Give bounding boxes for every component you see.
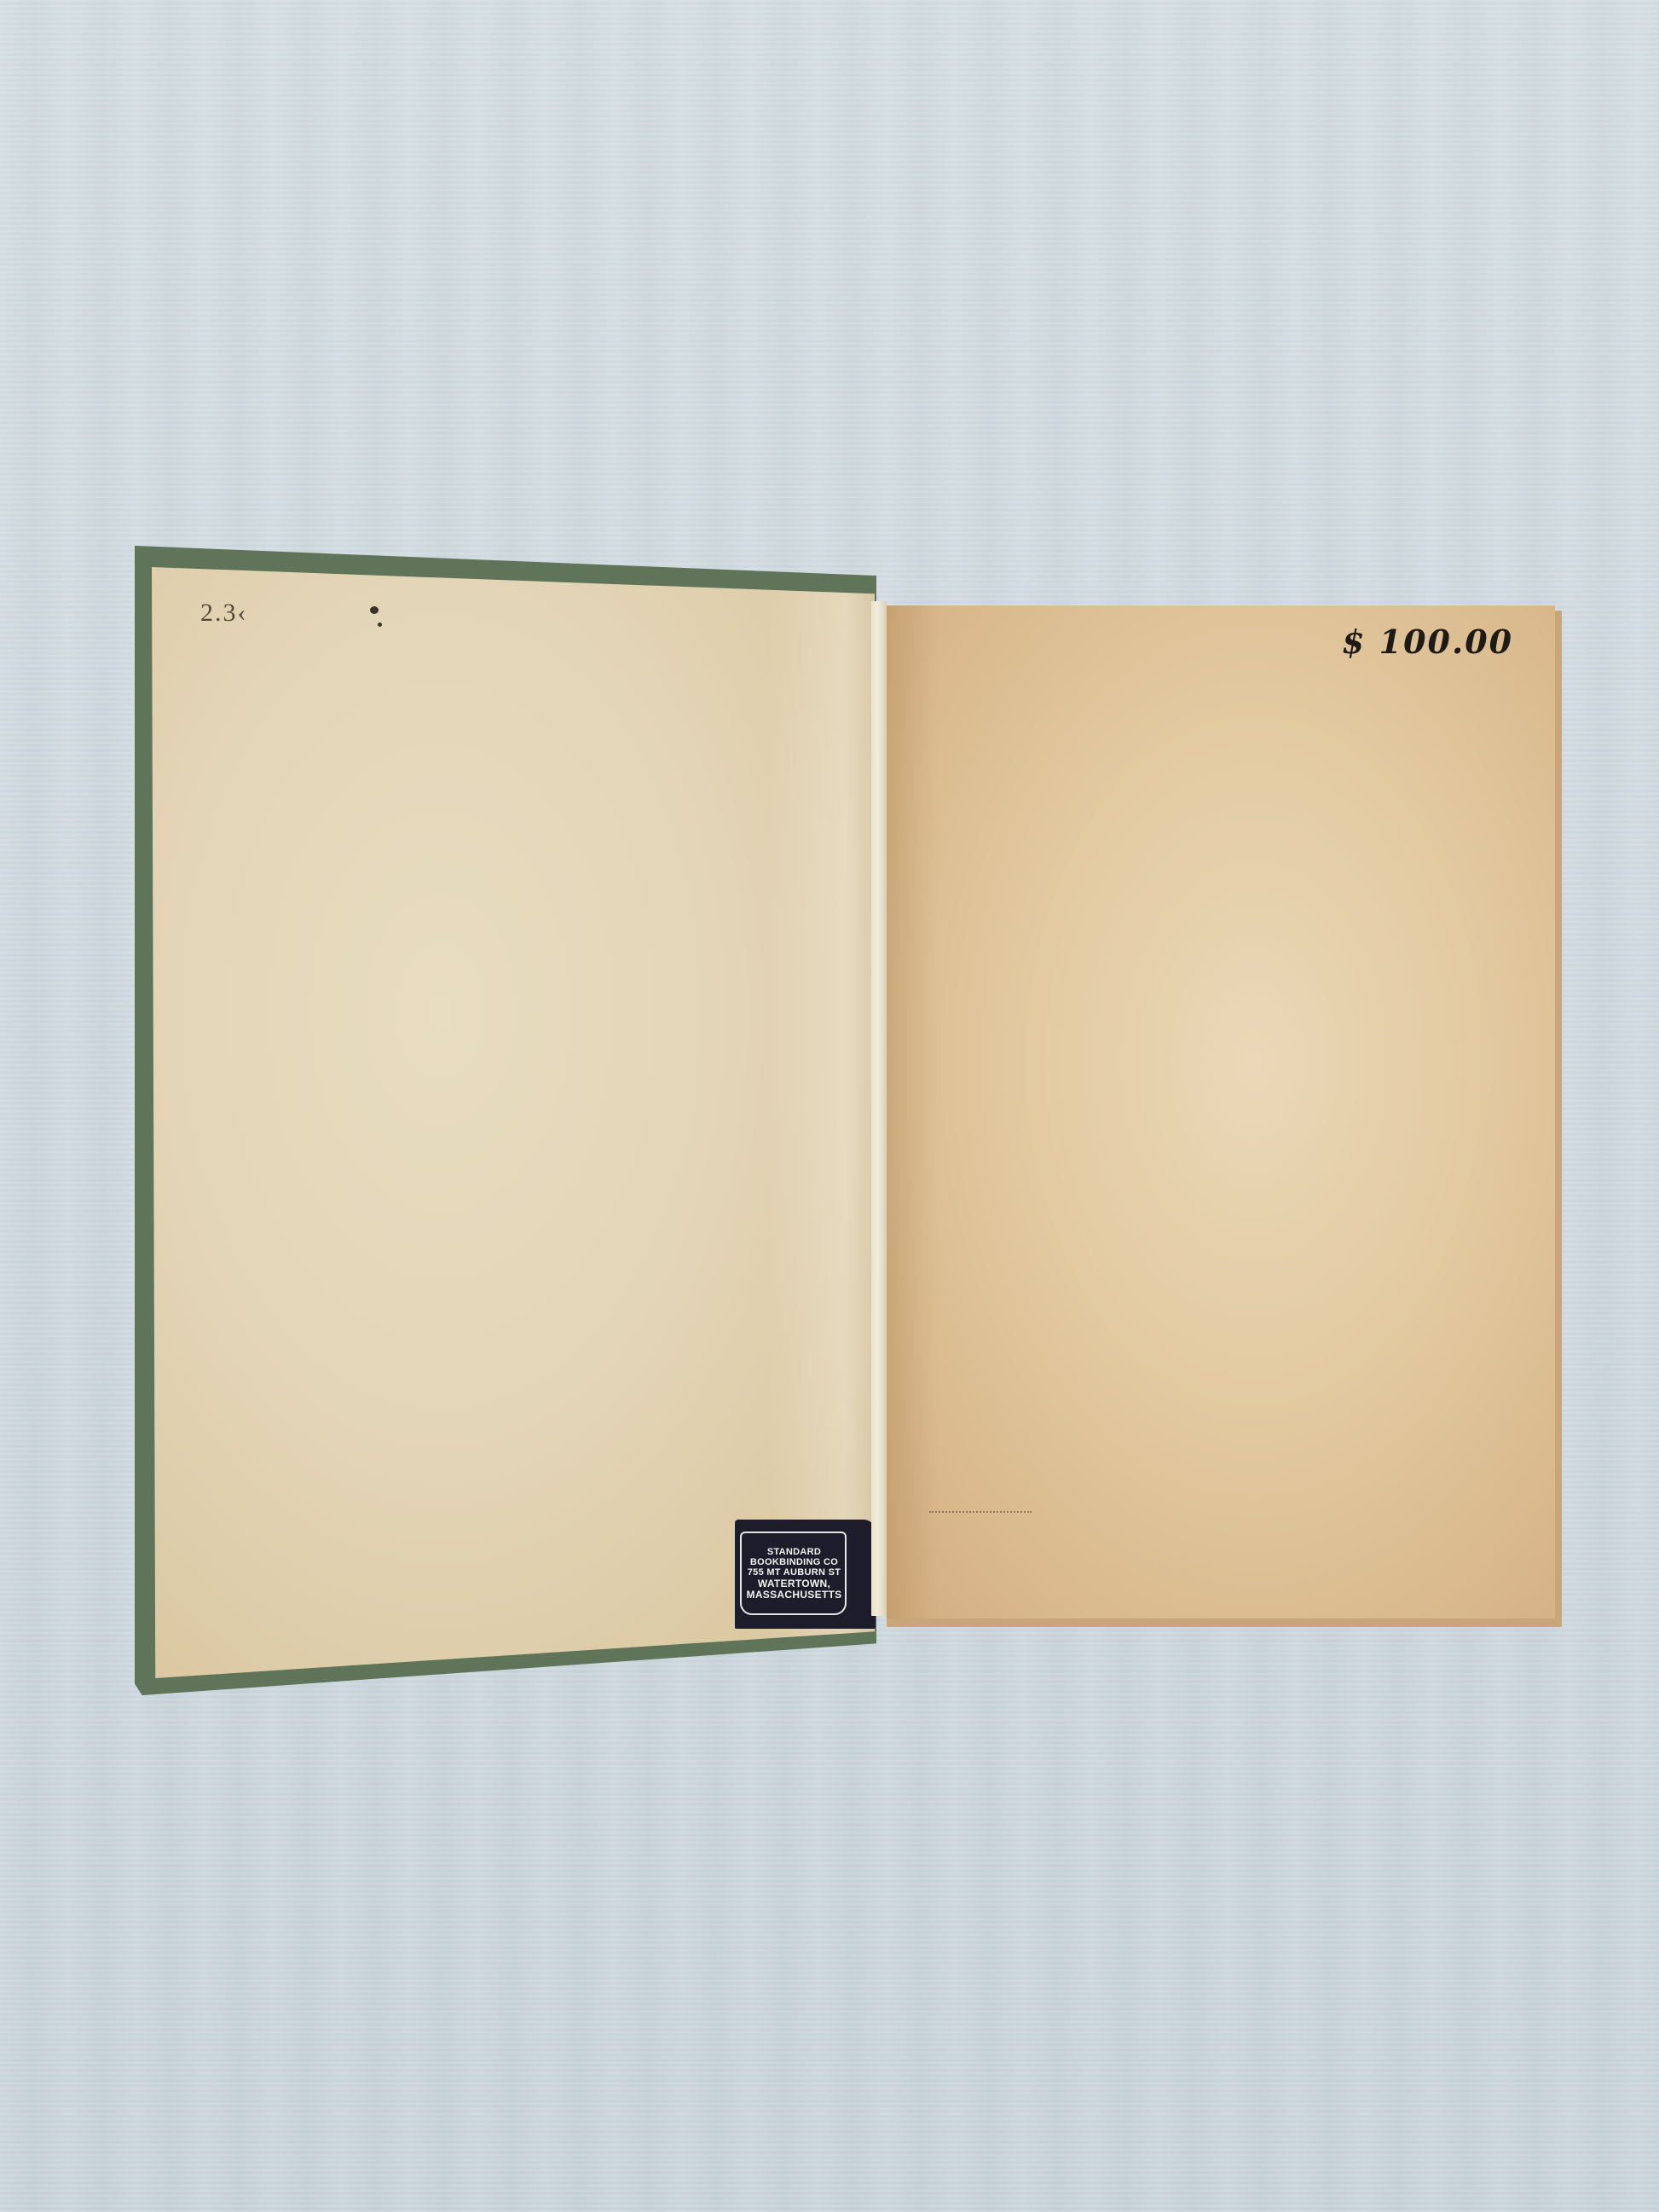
- faint-offset-mark: [929, 1511, 1032, 1518]
- free-endpaper-flyleaf: [887, 605, 1555, 1618]
- front-pastedown-endpaper: [152, 567, 875, 1678]
- price-stamp: $ 100.00: [1342, 622, 1513, 661]
- pencil-marks: 2.3‹: [200, 599, 248, 628]
- ink-spot: [370, 606, 379, 614]
- ticket-line-5: MASSACHUSETTS: [747, 1590, 842, 1601]
- book-gutter: [871, 601, 887, 1616]
- ink-spot-small: [378, 622, 382, 627]
- binder-ticket-label: STANDARD BOOKBINDING CO 755 MT AUBURN ST…: [735, 1520, 876, 1629]
- ticket-line-4: WATERTOWN,: [758, 1578, 830, 1590]
